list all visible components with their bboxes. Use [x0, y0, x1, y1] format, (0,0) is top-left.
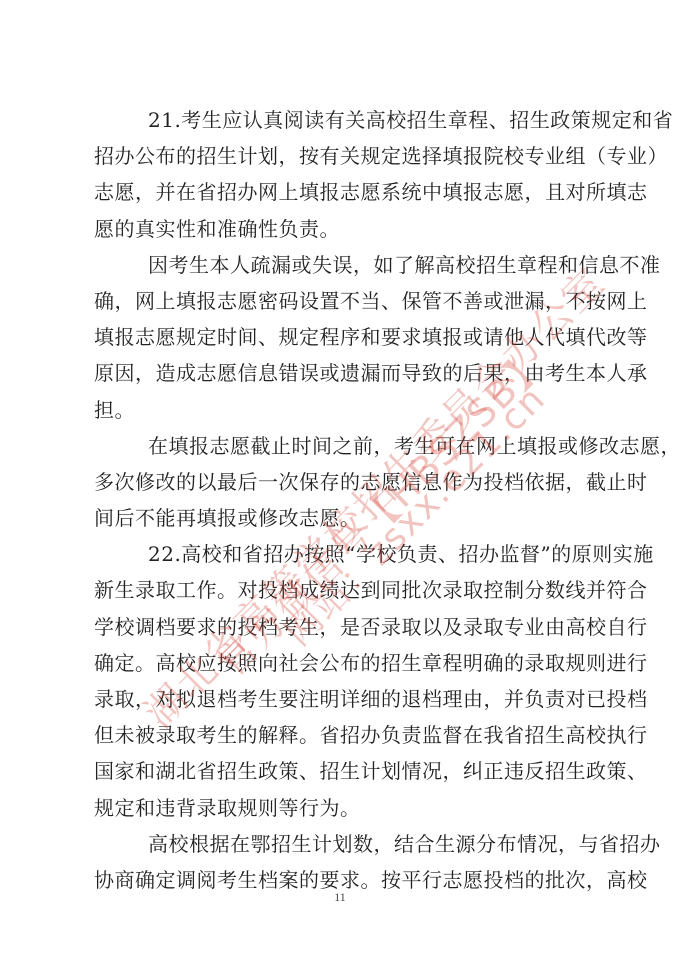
text-line: 原因，造成志愿信息错误或遗漏而导致的后果，由考生本人承 [94, 355, 592, 391]
document-page: 21.考生应认真阅读有关高校招生章程、招生政策规定和省 招办公布的招生计划，按有… [0, 0, 680, 962]
text-line: 填报志愿规定时间、规定程序和要求填报或请他人代填代改等 [94, 319, 592, 355]
text-line: 招办公布的招生计划，按有关规定选择填报院校专业组（专业） [94, 138, 592, 174]
text-line: 确定。高校应按照向社会公布的招生章程明确的录取规则进行 [94, 645, 592, 681]
text-line: 21.考生应认真阅读有关高校招生章程、招生政策规定和省 [94, 102, 592, 138]
paragraph-deadline: 在填报志愿截止时间之前，考生可在网上填报或修改志愿， 多次修改的以最后一次保存的… [94, 428, 592, 537]
text-line: 在填报志愿截止时间之前，考生可在网上填报或修改志愿， [94, 428, 592, 464]
text-line: 志愿，并在省招办网上填报志愿系统中填报志愿，且对所填志 [94, 174, 592, 210]
paragraph-22: 22.高校和省招办按照“学校负责、招办监督”的原则实施 新生录取工作。对投档成绩… [94, 536, 592, 826]
text-line: 新生录取工作。对投档成绩达到同批次录取控制分数线并符合 [94, 572, 592, 608]
text-line: 录取，对拟退档考生要注明详细的退档理由，并负责对已投档 [94, 681, 592, 717]
text-line: 因考生本人疏漏或失误，如了解高校招生章程和信息不准 [94, 247, 592, 283]
text-line: 确，网上填报志愿密码设置不当、保管不善或泄漏，不按网上 [94, 283, 592, 319]
paragraph-archives: 高校根据在鄂招生计划数，结合生源分布情况，与省招办 协商确定调阅考生档案的要求。… [94, 826, 592, 898]
text-line: 间后不能再填报或修改志愿。 [94, 500, 592, 536]
page-number: 11 [0, 890, 680, 905]
text-line: 高校根据在鄂招生计划数，结合生源分布情况，与省招办 [94, 826, 592, 862]
text-line: 规定和违背录取规则等行为。 [94, 790, 592, 826]
paragraph-21: 21.考生应认真阅读有关高校招生章程、招生政策规定和省 招办公布的招生计划，按有… [94, 102, 592, 247]
text-line: 国家和湖北省招生政策、招生计划情况，纠正违反招生政策、 [94, 753, 592, 789]
text-line: 多次修改的以最后一次保存的志愿信息作为投档依据，截止时 [94, 464, 592, 500]
text-line: 担。 [94, 392, 592, 428]
paragraph-responsibility: 因考生本人疏漏或失误，如了解高校招生章程和信息不准 确，网上填报志愿密码设置不当… [94, 247, 592, 428]
text-line: 愿的真实性和准确性负责。 [94, 211, 592, 247]
text-line: 学校调档要求的投档考生，是否录取以及录取专业由高校自行 [94, 609, 592, 645]
text-line: 但未被录取考生的解释。省招办负责监督在我省招生高校执行 [94, 717, 592, 753]
text-line: 22.高校和省招办按照“学校负责、招办监督”的原则实施 [94, 536, 592, 572]
document-body: 21.考生应认真阅读有关高校招生章程、招生政策规定和省 招办公布的招生计划，按有… [94, 102, 592, 898]
